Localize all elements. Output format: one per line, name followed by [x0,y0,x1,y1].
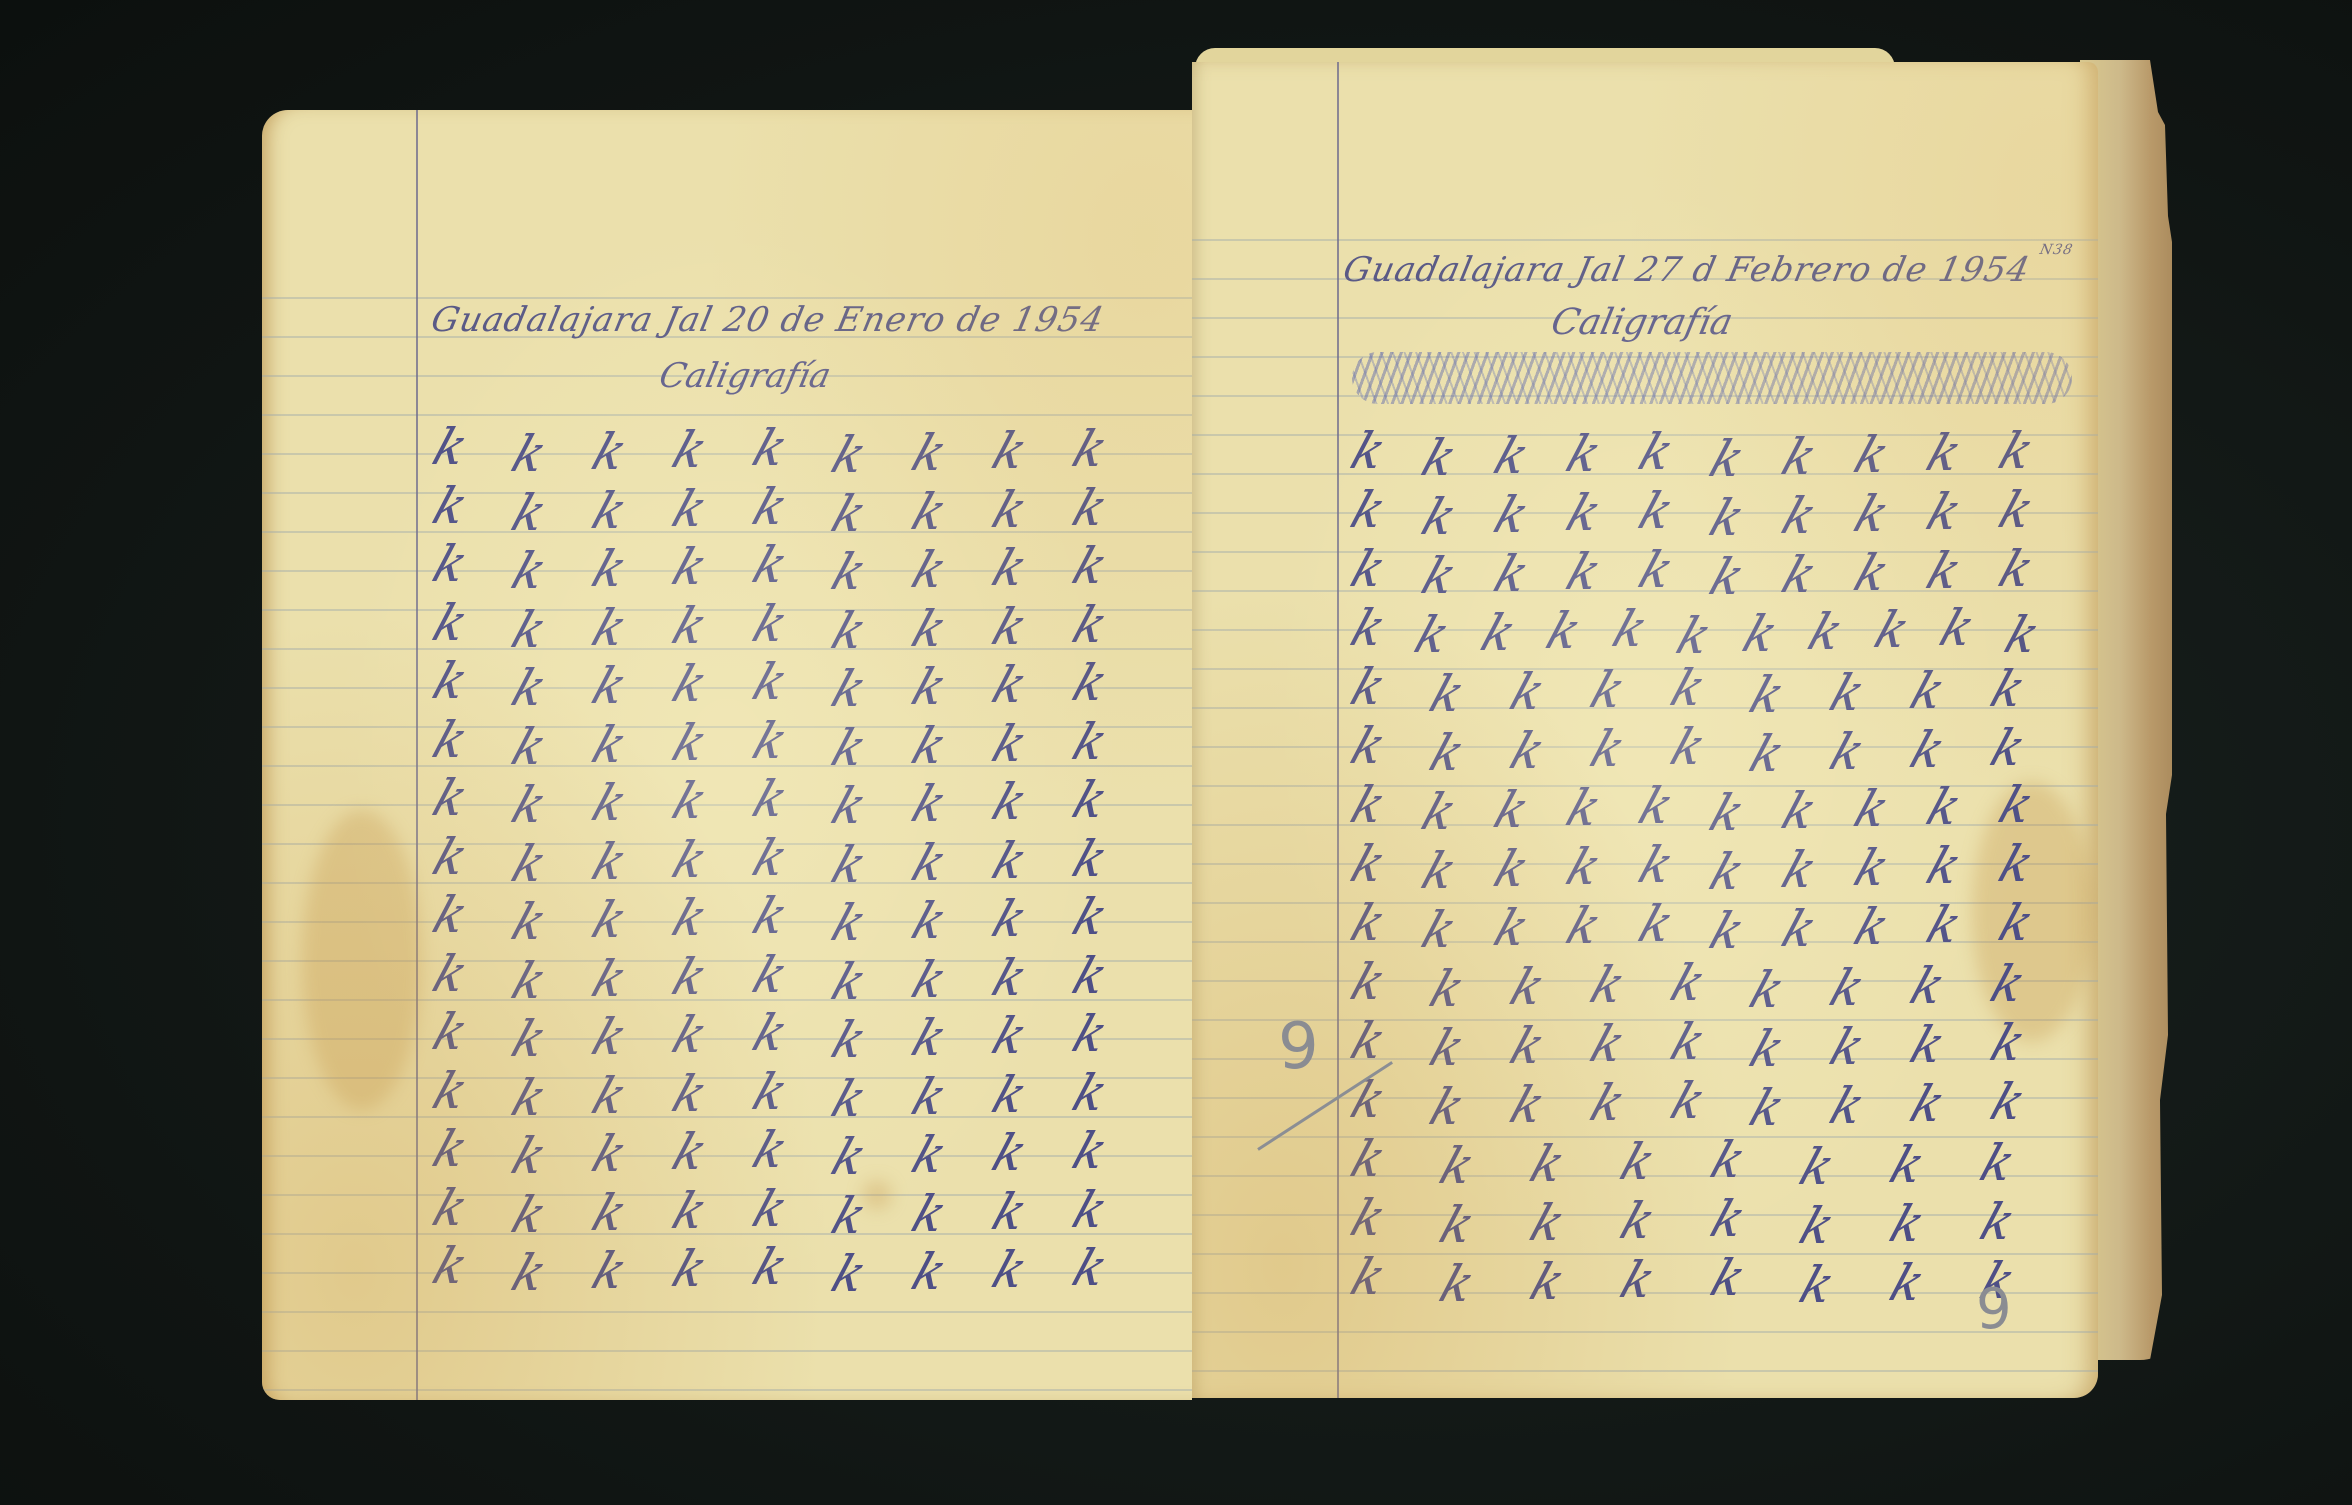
page-header-date: Guadalajara Jal 27 d Febrero de 1954 [1340,250,2034,290]
open-notebook: Guadalajara Jal 20 de Enero de 1954 Cali… [0,0,2352,1505]
practice-row: kkkkkkkkkk [1352,784,2072,838]
practice-letter: k [1983,959,2081,1015]
practice-row: kkkkkkkkk [1352,725,2072,779]
practice-row: kkkkkkkkkk [1352,843,2072,897]
practice-letter: k [1065,541,1163,597]
practice-letter: k [1983,1018,2081,1074]
practice-letter: k [1065,424,1163,480]
practice-letter: k [1065,1185,1163,1241]
practice-letter: k [1983,1077,2081,1133]
practice-letter: k [1065,483,1163,539]
practice-letter: k [1065,892,1163,948]
practice-letter: k [1343,1252,1452,1310]
practice-row: kkkkkkkkk [434,602,1154,656]
practice-letter: k [1434,1141,1541,1192]
practice-letter: k [1703,1253,1812,1310]
practice-row: kkkkkkkkkk [1352,902,2072,956]
page-number-superscript: N38 [2038,242,2074,258]
practice-row: kkkkkkkkk [434,1187,1154,1241]
practice-letter: k [1065,775,1163,831]
grade-mark-bottom: 9 [1976,1277,2012,1342]
scribbled-out-line [1352,352,2072,404]
right-page: Guadalajara Jal 27 d Febrero de 1954 N38… [1192,62,2098,1398]
practice-row: kkkkkkkkk [434,1245,1154,1299]
practice-row: kkkkkkkkkk [1352,548,2072,602]
practice-row: kkkkkkkkk [434,777,1154,831]
water-stain [302,810,422,1110]
practice-row: kkkkkkkkk [1352,666,2072,720]
practice-letter: k [1434,1200,1541,1251]
page-subtitle: Caligrafía [656,356,835,396]
practice-letter: k [1884,1258,1991,1310]
practice-row: kkkkkkkkk [434,836,1154,890]
practice-letter: k [1434,1259,1541,1310]
practice-letter: k [1703,1194,1812,1251]
practice-row: kkkkkkkkk [434,660,1154,714]
page-subtitle: Caligrafía [1548,302,1737,343]
grade-mark-margin: 9 [1278,1010,1319,1084]
practice-row: kkkkkkkkk [434,426,1154,480]
practice-row: kkkkkkkkk [434,1128,1154,1182]
practice-letter: k [1983,664,2081,720]
practice-letter: k [1343,1134,1452,1192]
practice-letter: k [1065,1243,1163,1299]
practice-letter: k [1065,600,1163,656]
practice-letter: k [1884,1140,1991,1192]
practice-letter: k [1983,723,2081,779]
practice-letter: k [1065,951,1163,1007]
practice-row: kkkkkkkkk [1352,1020,2072,1074]
margin-line [1337,62,1339,1398]
practice-row: kkkkkkkkk [434,953,1154,1007]
practice-letter: k [1973,1138,2081,1192]
page-header-date: Guadalajara Jal 20 de Enero de 1954 [428,300,1108,340]
practice-row: kkkkkkkkkk [1352,430,2072,484]
practice-letter: k [1065,1009,1163,1065]
practice-letter: k [1065,658,1163,714]
practice-row: kkkkkkkkk [434,719,1154,773]
practice-letter: k [1794,1260,1900,1310]
practice-letter: k [1703,1135,1812,1192]
left-page: Guadalajara Jal 20 de Enero de 1954 Cali… [262,110,1192,1400]
practice-row: kkkkkkkk [1352,1256,2072,1310]
practice-letter: k [1065,717,1163,773]
practice-row: kkkkkkkkk [434,485,1154,539]
practice-row: kkkkkkkkk [1352,961,2072,1015]
practice-row: kkkkkkkkkk [1352,489,2072,543]
practice-row: kkkkkkkkk [434,894,1154,948]
practice-letter: k [1884,1199,1991,1251]
margin-line [416,110,418,1400]
practice-row: kkkkkkkkk [434,1070,1154,1124]
practice-row: kkkkkkkkk [434,543,1154,597]
practice-letter: k [1065,1068,1163,1124]
practice-row: kkkkkkkk [1352,1197,2072,1251]
practice-letter: k [1973,1197,2081,1251]
practice-letter: k [1065,1126,1163,1182]
practice-letter: k [1794,1201,1900,1251]
practice-row: kkkkkkkkk [1352,1079,2072,1133]
practice-row: kkkkkkkkk [434,1011,1154,1065]
practice-row: kkkkkkkk [1352,1138,2072,1192]
practice-letter: k [1065,834,1163,890]
practice-row: kkkkkkkkkkk [1352,607,2072,661]
practice-letter: k [1343,1193,1452,1251]
practice-letter: k [1794,1142,1900,1192]
